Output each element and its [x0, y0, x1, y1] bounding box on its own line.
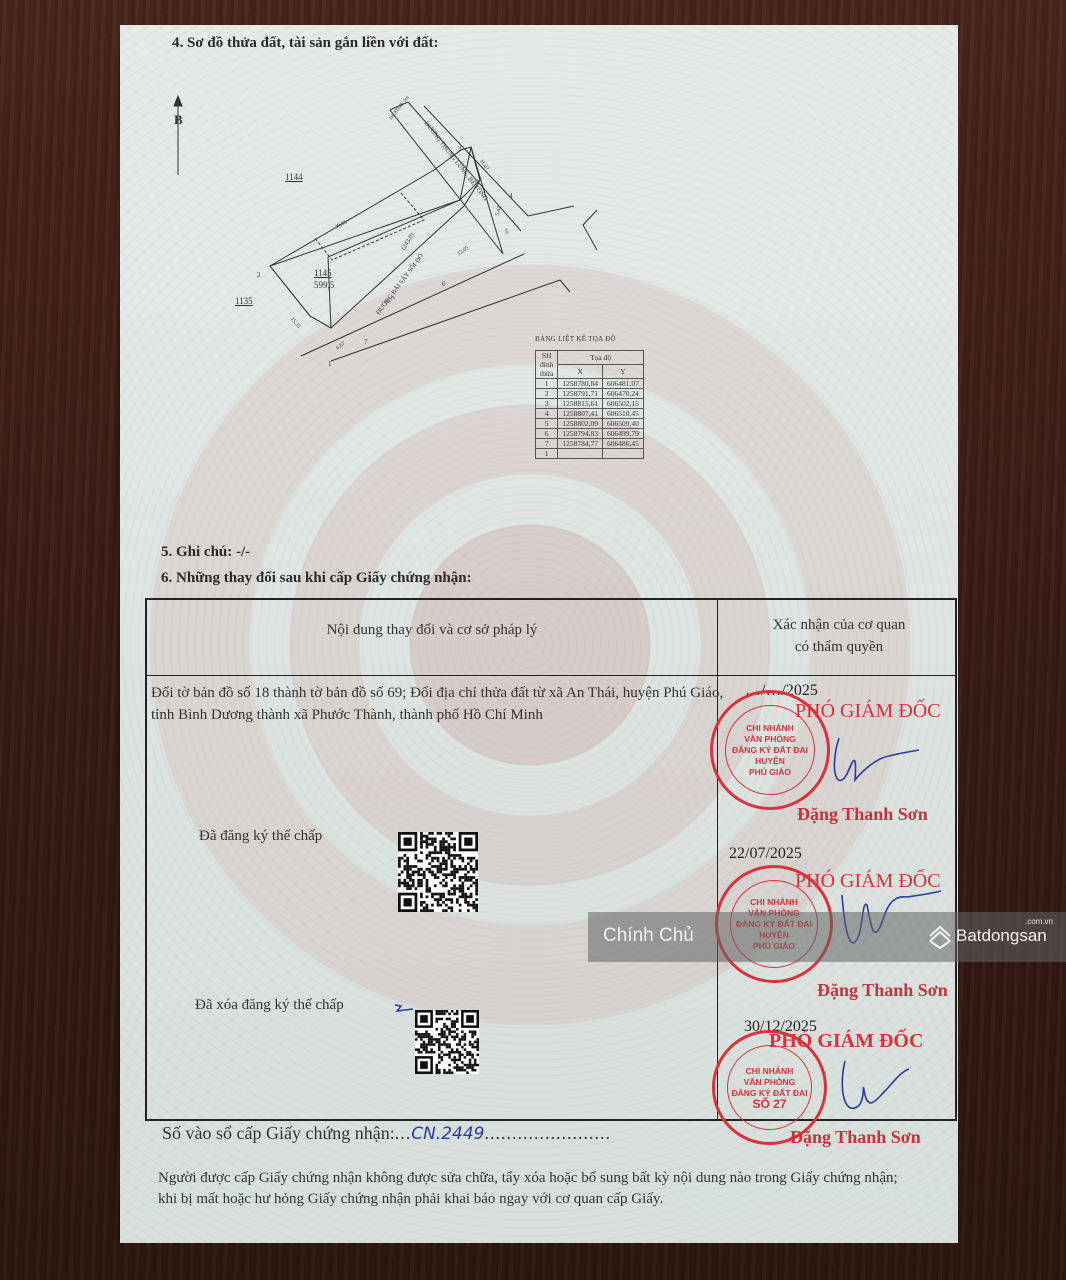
stamp-line: VĂN PHÒNG: [744, 734, 795, 745]
header-sh2: đỉnh thửa: [540, 360, 553, 378]
coord-cell-sh: 7: [536, 439, 558, 449]
coord-row: 11258780,84606481,07: [536, 379, 644, 389]
column-header-content: Nội dung thay đổi và cơ sở pháp lý: [147, 622, 717, 639]
qr-code-mortgage-release[interactable]: [415, 1010, 479, 1074]
stamp-line: VĂN PHÒNG: [744, 1077, 795, 1088]
stamp-number: SỐ 27: [752, 1099, 786, 1110]
change-entry-3-content: Đã xóa đăng ký thế chấp: [195, 997, 344, 1014]
watermark-banner: Chính Chủ Batdongsan .com.vn: [588, 912, 1066, 962]
coord-cell-sh: 1: [536, 449, 558, 459]
coord-cell-x: 1258780,84: [558, 379, 603, 389]
coord-cell-sh: 2: [536, 389, 558, 399]
coord-cell-y: 606481,07: [602, 379, 643, 389]
vertex-6: 6: [442, 280, 446, 288]
header-x: X: [558, 365, 603, 379]
watermark-brand: Batdongsan: [956, 926, 1047, 946]
vertex-4: 4: [509, 192, 513, 200]
coord-cell-sh: 6: [536, 429, 558, 439]
column-header-confirm: Xác nhận của cơ quan có thẩm quyền: [719, 614, 959, 658]
header-sh: SH: [542, 351, 552, 360]
coord-cell-x: 1258791,71: [558, 389, 603, 399]
coord-cell-x: 1258784,77: [558, 439, 603, 449]
parcel-1135-label: 1135: [235, 296, 253, 306]
signature-1: [817, 730, 927, 800]
vertex-5: 5: [505, 228, 509, 236]
stamp-line: PHÚ GIÁO: [749, 767, 791, 778]
north-label: B: [174, 112, 183, 128]
land-parcel-map: B 1144 1145 599,5 1135 ĐƯỜNG THUNG LŨNG,…: [160, 80, 640, 410]
coord-cell-y: 606470,24: [602, 389, 643, 399]
confirm-header-line1: Xác nhận của cơ quan: [719, 614, 959, 636]
signer-title-3: PHÓ GIÁM ĐỐC: [769, 1030, 923, 1053]
section-5-heading: 5. Ghi chú: -/-: [161, 544, 250, 561]
coord-row: 21258791,71606470,24: [536, 389, 644, 399]
coord-cell-x: [558, 449, 603, 459]
coord-cell-x: 1258815,61: [558, 399, 603, 409]
stamp-line: ĐĂNG KÝ ĐẤT ĐAI: [732, 745, 808, 756]
coord-table-title: BẢNG LIỆT KÊ TỌA ĐỘ: [535, 335, 616, 343]
coordinate-table: SHđỉnh thửa Tọa độ X Y 11258780,84606481…: [535, 350, 644, 459]
coord-row: 41258807,41606510,45: [536, 409, 644, 419]
registry-label: Số vào sổ cấp Giấy chứng nhận:: [162, 1123, 395, 1143]
vertex-1: 1: [328, 360, 332, 368]
batdongsan-logo-icon: [926, 924, 954, 950]
coord-row: 61258794,83606499,79: [536, 429, 644, 439]
signer-name-2: Đặng Thanh Sơn: [817, 980, 948, 1001]
coord-row: 1: [536, 449, 644, 459]
coord-cell-x: 1258807,41: [558, 409, 603, 419]
confirm-date-2: 22/07/2025: [729, 845, 802, 863]
confirm-header-line2: có thẩm quyền: [719, 636, 959, 658]
stamp-line: HUYỆN: [755, 756, 785, 767]
header-y: Y: [602, 365, 643, 379]
watermark-owner-text: Chính Chủ: [603, 925, 694, 947]
land-certificate-page: 4. Sơ đồ thửa đất, tài sản gắn liền với …: [120, 25, 958, 1243]
vertex-7: 7: [364, 338, 368, 346]
coord-cell-x: 1258802,09: [558, 419, 603, 429]
coord-cell-y: 606502,15: [602, 399, 643, 409]
change-entry-1-content: Đổi tờ bản đồ số 18 thành tờ bản đồ số 6…: [151, 682, 726, 726]
section-4-heading: 4. Sơ đồ thửa đất, tài sản gắn liền với …: [172, 35, 439, 52]
vertex-2: 2: [257, 271, 261, 279]
coord-cell-sh: 4: [536, 409, 558, 419]
change-entry-2-content: Đã đăng ký thế chấp: [199, 828, 322, 845]
signer-title-1: PHÓ GIÁM ĐỐC: [795, 700, 941, 723]
qr-code-mortgage[interactable]: [398, 832, 478, 912]
signer-name-3: Đặng Thanh Sơn: [790, 1127, 921, 1148]
legal-footnote: Người được cấp Giấy chứng nhận không đượ…: [158, 1168, 918, 1210]
coord-row: 31258815,61606502,15: [536, 399, 644, 409]
coord-cell-y: [602, 449, 643, 459]
coord-cell-y: 606486,45: [602, 439, 643, 449]
coord-cell-y: 606509,40: [602, 419, 643, 429]
changes-table: Nội dung thay đổi và cơ sở pháp lý Xác n…: [145, 598, 957, 1121]
coord-row: 71258784,77606486,45: [536, 439, 644, 449]
watermark-tld: .com.vn: [1025, 917, 1053, 926]
coord-cell-y: 606510,45: [602, 409, 643, 419]
parcel-1145-label: 1145: [314, 268, 332, 278]
parcel-1144-label: 1144: [285, 172, 303, 182]
registry-value: CN.2449: [411, 1124, 484, 1144]
stamp-line: CHI NHÁNH: [746, 723, 794, 734]
vertex-3: 3: [458, 145, 462, 153]
coord-row: 51258802,09606509,40: [536, 419, 644, 429]
registry-number-line: Số vào sổ cấp Giấy chứng nhận:...CN.2449…: [162, 1123, 611, 1144]
parcel-area-label: 599,5: [314, 280, 334, 290]
header-group: Tọa độ: [558, 351, 644, 365]
stamp-line: CHI NHÁNH: [746, 1066, 794, 1077]
header-divider: [147, 675, 955, 676]
coord-cell-sh: 3: [536, 399, 558, 409]
coord-cell-y: 606499,79: [602, 429, 643, 439]
section-6-heading: 6. Những thay đổi sau khi cấp Giấy chứng…: [161, 570, 472, 587]
signer-name-1: Đặng Thanh Sơn: [797, 804, 928, 825]
check-mark-icon: [393, 1002, 417, 1014]
stamp-line: CHI NHÁNH: [750, 897, 798, 908]
coord-cell-x: 1258794,83: [558, 429, 603, 439]
signature-3: [837, 1055, 927, 1125]
coord-cell-sh: 1: [536, 379, 558, 389]
coord-cell-sh: 5: [536, 419, 558, 429]
column-divider: [717, 600, 718, 1119]
